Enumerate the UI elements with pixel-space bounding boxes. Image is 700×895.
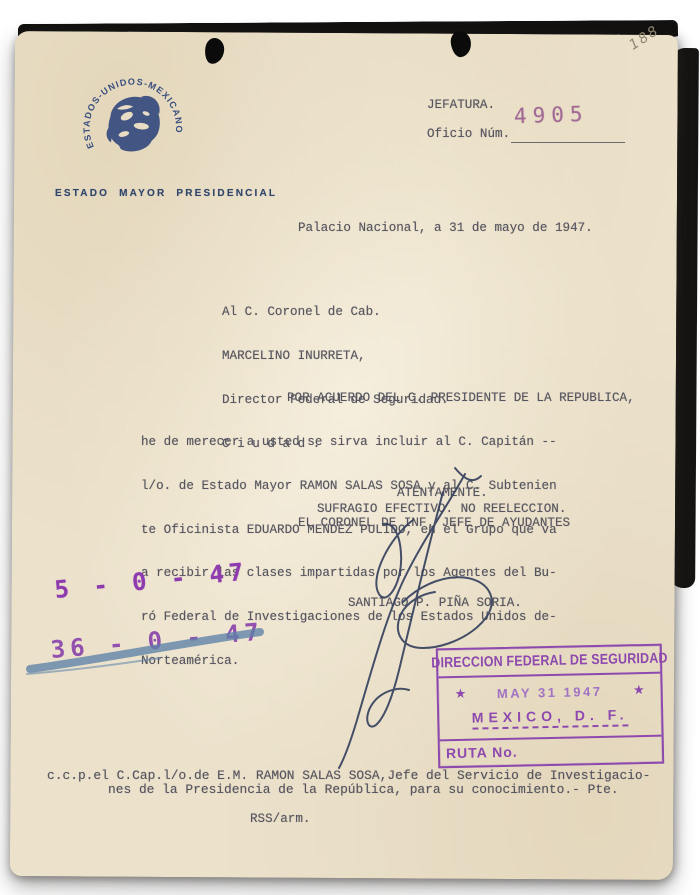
ccp-line-1: c.c.p.el C.Cap.l/o.de E.M. RAMON SALAS S…	[47, 768, 650, 783]
oficio-number: 4905	[514, 102, 589, 129]
stamp-date-row: ★ MAY 31 1947 ★	[438, 674, 661, 711]
body-line-2: he de merecer a usted se sirva incluir a…	[141, 435, 635, 450]
ccp-line-2: nes de la Presidencia de la República, p…	[108, 782, 619, 797]
oficio-label: Oficio Núm.	[427, 127, 510, 142]
jefatura-label: JEFATURA.	[427, 98, 495, 113]
seal-eagle	[102, 93, 165, 154]
typist-initials: RSS/arm.	[250, 812, 310, 827]
stamp-city: MEXICO, D. F.	[472, 706, 629, 729]
blue-strike-mark	[25, 622, 270, 682]
star-icon: ★	[633, 682, 645, 698]
oficio-underline	[511, 128, 625, 143]
star-icon: ★	[455, 686, 467, 702]
presidential-seal: ESTADOS-UNIDOS-MEXICANOS	[65, 60, 199, 184]
addressee-line-1: Al C. Coronel de Cab.	[222, 305, 449, 320]
stamp-date: MAY 31 1947	[497, 683, 603, 700]
dfs-stamp: DIRECCION FEDERAL DE SEGURIDAD ★ MAY 31 …	[436, 644, 664, 769]
dateline: Palacio Nacional, a 31 de mayo de 1947.	[298, 221, 593, 236]
stamp-city-row: MEXICO, D. F.	[439, 706, 662, 740]
body-line-1: POR ACUERDO DEL C. PRESIDENTE DE LA REPU…	[287, 391, 635, 406]
stamp-ruta-label: RUTA No.	[440, 735, 662, 766]
eagle-seal-icon: ESTADOS-UNIDOS-MEXICANOS	[65, 60, 199, 184]
org-name: ESTADO MAYOR PRESIDENCIAL	[55, 188, 277, 199]
